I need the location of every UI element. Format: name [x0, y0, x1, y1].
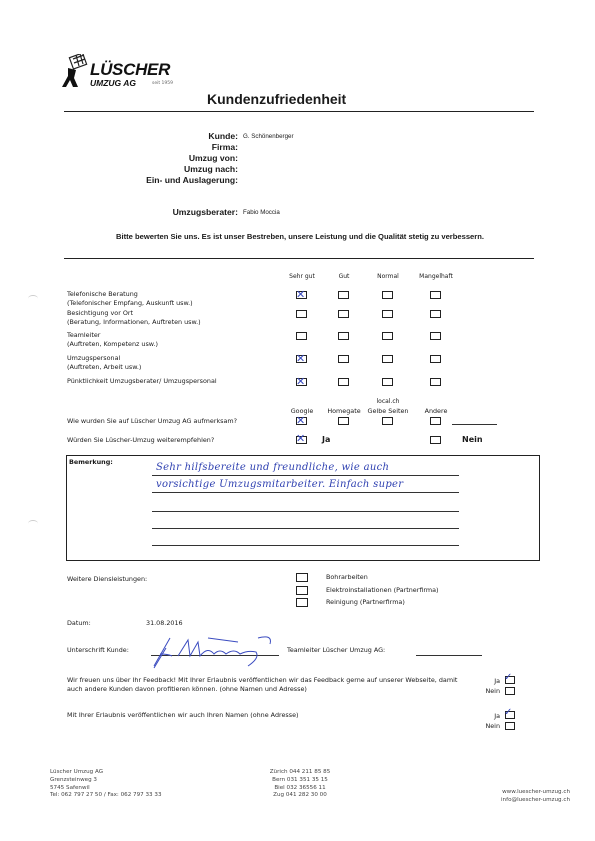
remarks-handwriting: Sehr hilfsbereite und freundliche, wie a… — [156, 462, 461, 473]
consent-no-checkbox[interactable] — [505, 722, 515, 730]
services-label: Weitere Diensleistungen: — [67, 575, 147, 584]
advisor-value: Fabio Moccia — [243, 209, 280, 216]
check-mark-icon: ✓ — [504, 673, 512, 683]
customer-signature-label: Unterschrift Kunde: — [67, 646, 129, 655]
remarks-line[interactable] — [152, 492, 459, 493]
rating-row-title: Pünktlichkeit Umzugsberater/ Umzugsperso… — [67, 377, 217, 386]
footer-address: Lüscher Umzug AGGrenzsteinweg 35745 Safe… — [50, 769, 162, 800]
rating-checkbox[interactable] — [430, 378, 441, 386]
rating-row-title: Besichtigung vor Ort — [67, 309, 133, 318]
intro-text: Bitte bewerten Sie uns. Es ist unser Bes… — [80, 231, 520, 243]
source-question-text: Wie wurden Sie auf Lüscher Umzug AG aufm… — [67, 417, 237, 426]
rating-column-header: Normal — [363, 273, 413, 280]
rating-checkbox[interactable] — [382, 332, 393, 340]
advisor-label: Umzugsberater: — [88, 207, 238, 217]
check-mark-icon: ✕ — [296, 433, 305, 444]
remarks-line[interactable] — [152, 545, 459, 546]
intro-divider — [64, 258, 534, 259]
source-other-line[interactable] — [452, 424, 497, 425]
rating-checkbox[interactable] — [430, 332, 441, 340]
customer-field-label: Ein- und Auslagerung: — [88, 175, 238, 185]
service-checkbox[interactable] — [296, 573, 308, 582]
footer-phones: Zürich 044 211 85 85Bern 031 351 35 15Bi… — [250, 769, 350, 800]
rating-row-title: Telefonische Beratung — [67, 290, 138, 299]
footer-web-line: info@luescher-umzug.ch — [440, 797, 570, 805]
customer-field-label: Kunde: — [88, 131, 238, 141]
rating-row-subtitle: (Telefonischer Empfang, Auskunft usw.) — [67, 299, 193, 308]
logo-subtitle: UMZUG AG — [90, 78, 136, 88]
remarks-line[interactable] — [152, 475, 459, 476]
remarks-label: Bemerkung: — [69, 458, 113, 467]
rating-row-title: Umzugspersonal — [67, 354, 120, 363]
customer-field-label: Umzug von: — [88, 153, 238, 163]
date-value: 31.08.2016 — [146, 619, 183, 628]
rating-checkbox[interactable] — [338, 310, 349, 318]
consent-no-label: Nein — [470, 722, 500, 731]
source-option-label: Andere — [411, 407, 461, 415]
recommend-question: Würden Sie Lüscher-Umzug weiterempfehlen… — [67, 436, 214, 445]
consent-text: Wir freuen uns über Ihr Feedback! Mit Ih… — [67, 676, 467, 693]
customer-field-value: G. Schönenberger — [243, 133, 294, 140]
check-mark-icon: ✕ — [296, 376, 305, 387]
rating-checkbox[interactable] — [430, 310, 441, 318]
service-label: Reinigung (Partnerfirma) — [326, 598, 405, 607]
logo-name: LÜSCHER — [90, 60, 170, 80]
source-option-checkbox[interactable] — [430, 417, 441, 425]
footer-web: www.luescher-umzug.chinfo@luescher-umzug… — [440, 789, 570, 805]
rating-checkbox[interactable] — [382, 310, 393, 318]
consent-no-checkbox[interactable] — [505, 687, 515, 695]
source-option-checkbox[interactable] — [338, 417, 349, 425]
footer-phone-line: Zug 041 282 30 00 — [250, 792, 350, 800]
rating-row-subtitle: (Beratung, Informationen, Auftreten usw.… — [67, 318, 201, 327]
rating-checkbox[interactable] — [382, 378, 393, 386]
signature-scribble — [148, 632, 283, 670]
rating-checkbox[interactable] — [296, 310, 307, 318]
check-mark-icon: ✓ — [504, 708, 512, 718]
rating-column-header: Mangelhaft — [411, 273, 461, 280]
rating-checkbox[interactable] — [338, 332, 349, 340]
teamleader-signature-label: Teamleiter Lüscher Umzug AG: — [287, 646, 385, 655]
rating-checkbox[interactable] — [430, 291, 441, 299]
page-title: Kundenzufriedenheit — [207, 91, 346, 107]
company-logo: LÜSCHER UMZUG AG seit 1959 — [62, 54, 187, 90]
footer-phone-line: Zürich 044 211 85 85 — [250, 769, 350, 777]
rating-checkbox[interactable] — [382, 355, 393, 363]
source-option-label: Gelbe Seiten — [363, 407, 413, 415]
source-option-label-line1: local.ch — [363, 398, 413, 405]
rating-column-header: Gut — [319, 273, 369, 280]
service-checkbox[interactable] — [296, 598, 308, 607]
source-option-checkbox[interactable] — [382, 417, 393, 425]
teamleader-signature-line[interactable] — [416, 655, 482, 656]
header-divider — [64, 111, 534, 112]
check-mark-icon: ✕ — [296, 289, 305, 300]
rating-row-subtitle: (Auftreten, Arbeit usw.) — [67, 363, 141, 372]
check-mark-icon: ✕ — [296, 353, 305, 364]
remarks-handwriting: vorsichtige Umzugsmitarbeiter. Einfach s… — [156, 479, 461, 490]
punch-hole-mark — [28, 295, 38, 302]
rating-checkbox[interactable] — [338, 378, 349, 386]
rating-row-subtitle: (Auftreten, Kompetenz usw.) — [67, 340, 158, 349]
logo-mover-icon — [62, 54, 90, 88]
check-mark-icon: ✕ — [296, 415, 305, 426]
footer-phone-line: Biel 032 36556 11 — [250, 785, 350, 793]
footer-web-line: www.luescher-umzug.ch — [440, 789, 570, 797]
source-option-label: Homegate — [319, 407, 369, 415]
rating-checkbox[interactable] — [296, 332, 307, 340]
logo-since: seit 1959 — [152, 81, 173, 86]
customer-field-label: Umzug nach: — [88, 164, 238, 174]
rating-row-title: Teamleiter — [67, 331, 100, 340]
footer-phone-line: Bern 031 351 35 15 — [250, 777, 350, 785]
remarks-line[interactable] — [152, 528, 459, 529]
service-checkbox[interactable] — [296, 586, 308, 595]
date-label: Datum: — [67, 619, 91, 628]
consent-no-label: Nein — [470, 687, 500, 696]
recommend-no-checkbox[interactable] — [430, 436, 441, 444]
consent-yes-label: Ja — [470, 677, 500, 686]
footer-address-line: 5745 Safenwil — [50, 785, 162, 793]
footer-address-line: Tel: 062 797 27 50 / Fax: 062 797 33 33 — [50, 792, 162, 800]
service-label: Bohrarbeiten — [326, 573, 368, 582]
punch-hole-mark — [28, 520, 38, 527]
rating-checkbox[interactable] — [382, 291, 393, 299]
rating-checkbox[interactable] — [430, 355, 441, 363]
consent-text: Mit Ihrer Erlaubnis veröffentlichen wir … — [67, 711, 467, 720]
customer-field-label: Firma: — [88, 142, 238, 152]
consent-yes-label: Ja — [470, 712, 500, 721]
rating-checkbox[interactable] — [338, 291, 349, 299]
recommend-yes-label: Ja — [322, 435, 330, 444]
footer-address-line: Lüscher Umzug AG — [50, 769, 162, 777]
footer-address-line: Grenzsteinweg 3 — [50, 777, 162, 785]
recommend-no-label: Nein — [462, 435, 483, 444]
remarks-line[interactable] — [152, 511, 459, 512]
rating-checkbox[interactable] — [338, 355, 349, 363]
service-label: Elektroinstallationen (Partnerfirma) — [326, 586, 439, 595]
